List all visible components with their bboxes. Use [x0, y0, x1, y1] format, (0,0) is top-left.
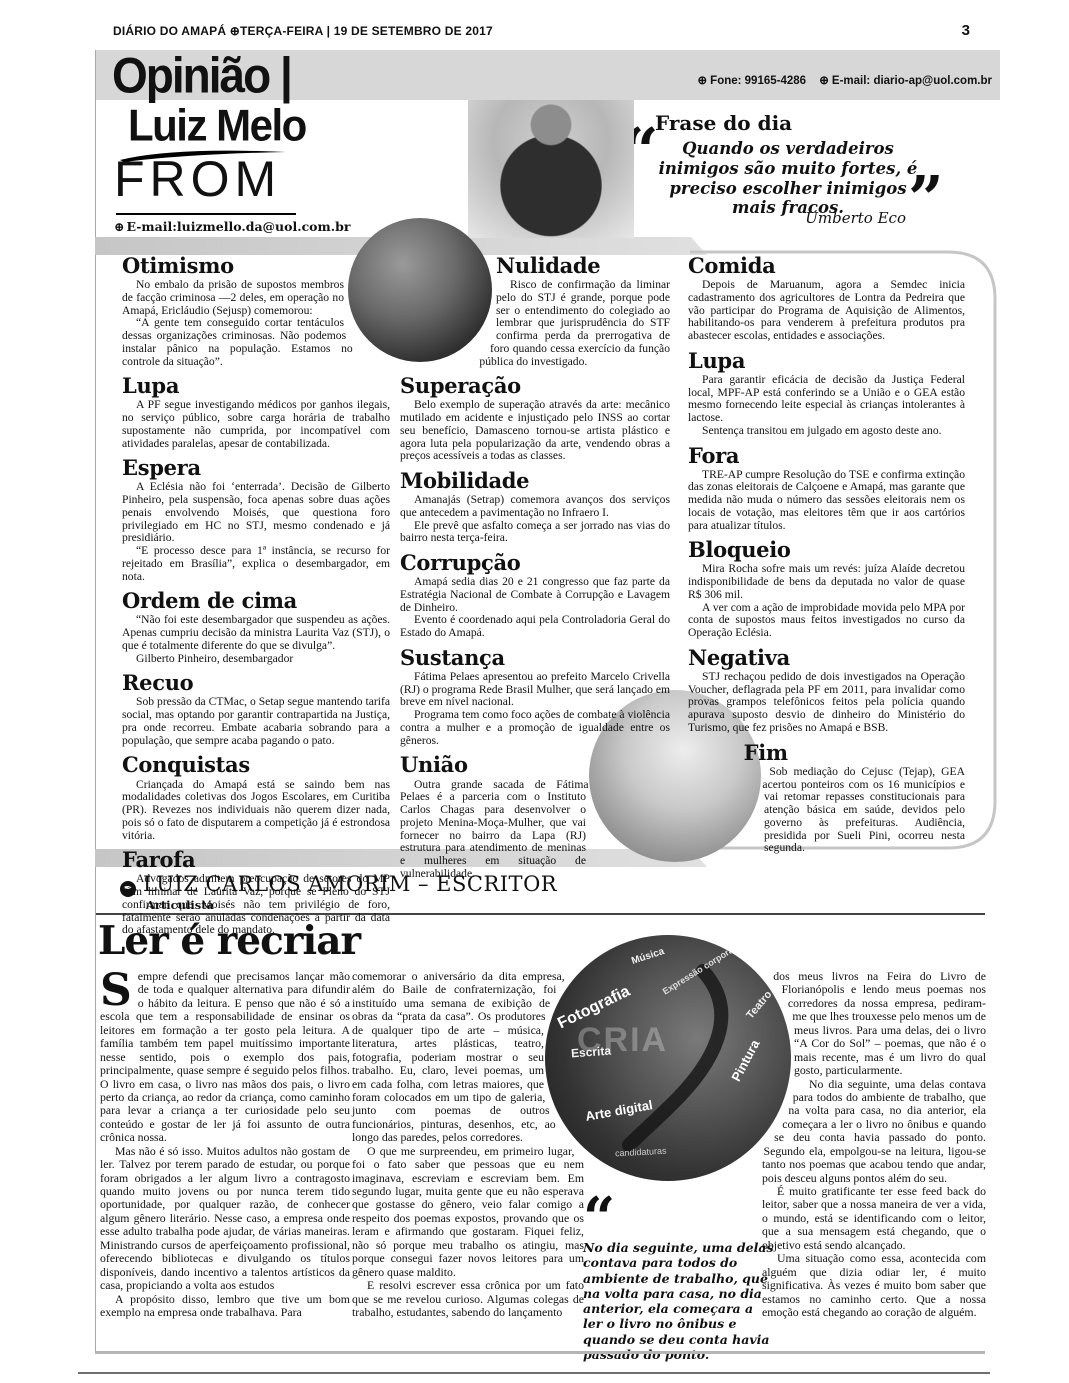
brief-text: Advogados admitem preocupação de setores…	[122, 873, 390, 937]
brief-title: Corrupção	[400, 552, 670, 574]
contact-line: ⊕Fone: 99165-4286 ⊕E-mail: diario-ap@uol…	[600, 73, 992, 87]
brief-text: A ver com a ação de improbidade movida p…	[688, 602, 965, 640]
brief-title: Lupa	[122, 375, 390, 397]
brief-item: Corrupção Amapá sedia dias 20 e 21 congr…	[400, 552, 670, 640]
quote-of-day-author: Umberto Eco	[648, 209, 906, 227]
brief-item: Comida Depois de Maruanum, agora a Semde…	[688, 255, 965, 343]
brief-text: Belo exemplo de superação através da art…	[400, 399, 670, 463]
brief-text: “Não foi este desembargador que suspende…	[122, 614, 390, 652]
brief-item: Farofa Advogados admitem preocupação de …	[122, 849, 390, 937]
brief-text: Mira Rocha sofre mais um revés: juíza Al…	[688, 563, 965, 601]
article-paragraph: A propósito disso, lembro que tive um bo…	[100, 1293, 350, 1320]
brief-item: Espera A Eclésia não foi ‘enterrada’. De…	[122, 457, 390, 583]
page-number: 3	[925, 22, 970, 39]
article-paragraph: E resolvi escrever essa crônica por um f…	[352, 1279, 584, 1319]
open-quote-icon: “	[583, 1190, 615, 1246]
phone-number: Fone: 99165-4286	[710, 75, 806, 87]
brief-text: Amanajás (Setrap) comemora avanços dos s…	[400, 494, 670, 520]
brief-item: Mobilidade Amanajás (Setrap) comemora av…	[400, 470, 670, 545]
brief-title: Ordem de cima	[122, 590, 390, 612]
brief-item: Bloqueio Mira Rocha sofre mais um revés:…	[688, 539, 965, 640]
brief-title: Bloqueio	[688, 539, 965, 561]
brief-item: Superação Belo exemplo de superação atra…	[400, 375, 670, 463]
article-column-3: dos meus livros na Feira do Livro de Flo…	[762, 970, 986, 1319]
briefs-column-3: Comida Depois de Maruanum, agora a Semde…	[688, 248, 965, 917]
brief-item: Otimismo No embalo da prisão de supostos…	[122, 255, 390, 368]
brief-title: Lupa	[688, 350, 965, 372]
brief-title: Comida	[688, 255, 965, 277]
brief-text: Ele prevê que asfalto começa a ser jorra…	[400, 520, 670, 546]
close-quote-icon: ”	[908, 168, 944, 230]
article-column-1: Sempre defendi que precisamos lançar mão…	[100, 970, 350, 1319]
drop-cap: S	[100, 970, 138, 1008]
brief-title: Farofa	[122, 849, 390, 871]
phone-icon: ⊕	[698, 73, 708, 87]
brief-item: Negativa STJ rechaçou pedido de dois inv…	[688, 647, 965, 735]
brief-item: Lupa Para garantir eficácia de decisão d…	[688, 350, 965, 438]
brief-item: Ordem de cima “Não foi este desembargado…	[122, 590, 390, 665]
brief-text: Gilberto Pinheiro, desembargador	[122, 653, 390, 666]
brief-text: STJ rechaçou pedido de dois investigados…	[688, 671, 965, 735]
brief-text: Evento é coordenado aqui pela Controlado…	[400, 614, 670, 640]
photo-wrap-spacer	[400, 255, 496, 369]
brief-text: A PF segue investigando médicos por ganh…	[122, 399, 390, 450]
quote-of-day-heading: Frase do dia	[655, 111, 792, 135]
brief-title: Conquistas	[122, 754, 390, 776]
bottom-rule-dark	[78, 1372, 990, 1374]
section-title: Opinião |	[112, 46, 291, 104]
brief-title: Superação	[400, 375, 670, 397]
brief-item: Conquistas Criançada do Amapá está se sa…	[122, 754, 390, 842]
article-paragraph: Uma situação como essa, acontecida com a…	[762, 1252, 986, 1319]
article-paragraph: No dia seguinte, uma delas contava para …	[762, 1078, 986, 1186]
brief-text: Amapá sedia dias 20 e 21 congresso que f…	[400, 576, 670, 614]
brief-text: Depois de Maruanum, agora a Semdec inici…	[688, 279, 965, 343]
email-icon: ⊕	[114, 219, 124, 234]
columnist-email-text: E-mail:luizmello.da@uol.com.br	[126, 219, 350, 234]
article-paragraph: dos meus livros na Feira do Livro de Flo…	[762, 970, 986, 1078]
brand-underline	[116, 213, 296, 215]
brief-title: Negativa	[688, 647, 965, 669]
quote-of-day-text: Quando os verdadeiros inimigos são muito…	[648, 139, 928, 218]
contact-email: E-mail: diario-ap@uol.com.br	[832, 75, 992, 87]
brief-item: Recuo Sob pressão da CTMac, o Setap segu…	[122, 672, 390, 747]
brief-item: Lupa A PF segue investigando médicos por…	[122, 375, 390, 450]
brief-text: Para garantir eficácia de decisão da Jus…	[688, 374, 965, 425]
bottom-rule-gray	[95, 1351, 985, 1354]
columnist-brand: FROM	[114, 150, 281, 208]
brief-item: Sustança Fátima Pelaes apresentou ao pre…	[400, 647, 670, 748]
pull-quote-text: No dia seguinte, uma delas contava para …	[583, 1240, 775, 1362]
brief-text: “E processo desce para 1ª instância, se …	[122, 545, 390, 583]
columnist-email: ⊕E-mail:luizmello.da@uol.com.br	[114, 219, 350, 234]
brief-text: Sob pressão da CTMac, o Setap segue mant…	[122, 696, 390, 747]
article-paragraph: Sempre defendi que precisamos lançar mão…	[100, 970, 350, 1145]
newspaper-page: DIÁRIO DO AMAPÁ ⊕TERÇA-FEIRA | 19 DE SET…	[0, 0, 1069, 1383]
brief-text: Criançada do Amapá está se saindo bem na…	[122, 779, 390, 843]
article-paragraph: É muito gratificante ter esse feed back …	[762, 1185, 986, 1252]
brief-title: Fora	[688, 445, 965, 467]
brief-item: Fora TRE-AP cumpre Resolução do TSE e co…	[688, 445, 965, 533]
columnist-name: Luiz Melo	[128, 100, 306, 151]
article-text: empre defendi que precisamos lançar mão …	[100, 969, 350, 1144]
masthead: DIÁRIO DO AMAPÁ ⊕TERÇA-FEIRA | 19 DE SET…	[113, 24, 493, 38]
article-column-2: comemorar o aniversário da dita empresa,…	[352, 970, 584, 1319]
brief-text: TRE-AP cumpre Resolução do TSE e confirm…	[688, 469, 965, 533]
article-paragraph: O que me surpreendeu, em primeiro lugar,…	[352, 1145, 584, 1279]
article-paragraph: Mas não é só isso. Muitos adultos não go…	[100, 1145, 350, 1293]
columnist-photo	[468, 100, 634, 238]
briefs-column-1: Otimismo No embalo da prisão de supostos…	[122, 248, 390, 937]
email-icon: ⊕	[819, 73, 829, 87]
brief-title: Recuo	[122, 672, 390, 694]
brief-title: Mobilidade	[400, 470, 670, 492]
brief-title: Espera	[122, 457, 390, 479]
brief-item: Nulidade Risco de confirmação da liminar…	[400, 255, 670, 368]
brief-text: A Eclésia não foi ‘enterrada’. Decisão d…	[122, 481, 390, 545]
briefs-column-2: Nulidade Risco de confirmação da liminar…	[400, 248, 670, 897]
collage-word: CRIA	[577, 1021, 668, 1060]
brief-text: Sentença transitou em julgado em agosto …	[688, 425, 965, 438]
